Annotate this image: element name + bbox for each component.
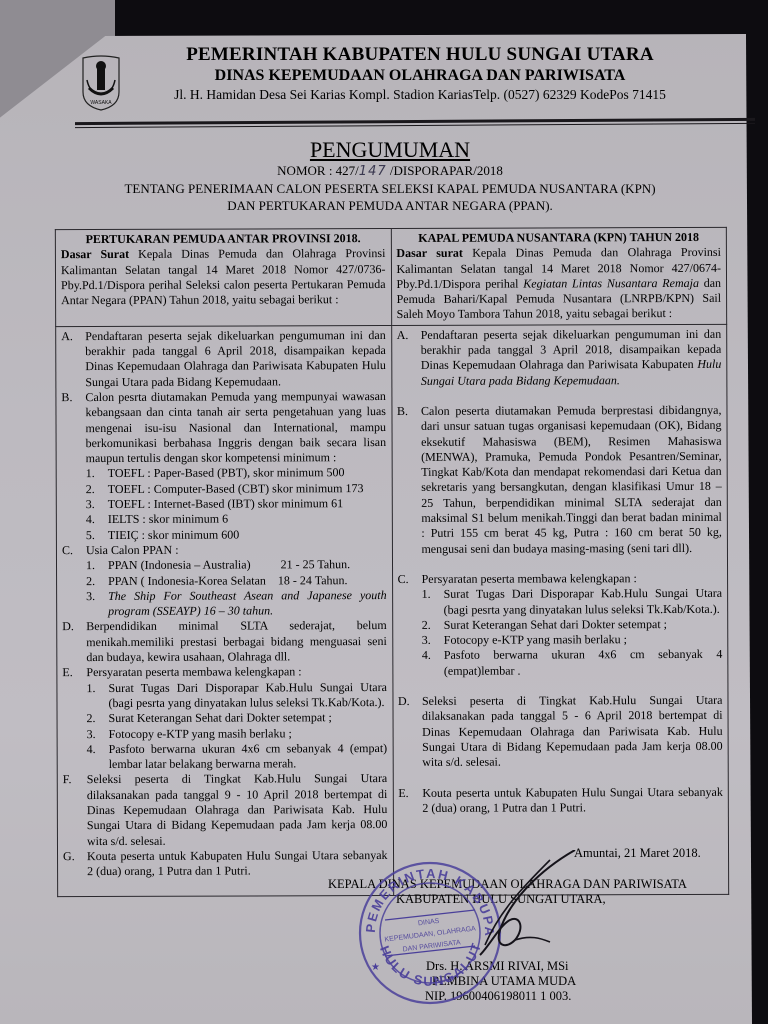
item-label: D.: [398, 694, 422, 771]
sub-label: 2.: [86, 482, 108, 497]
regency-logo-icon: WASAKA: [79, 54, 123, 112]
sub-text: TOEFL : Internet-Based (IBT) skor minimu…: [108, 496, 387, 512]
item-text: Pendaftaran peserta sejak dikeluarkan pe…: [85, 328, 386, 390]
left-item-e: E.Persyaratan peserta membawa kelengkapa…: [62, 664, 387, 680]
item-text: Kouta peserta untuk Kabupaten Hulu Sunga…: [422, 784, 723, 816]
left-e-sub-3: 3.Fotocopy e-KTP yang masih berlaku ;: [87, 726, 388, 742]
left-item-f: F.Seleksi peserta di Tingkat Kab.Hulu Su…: [63, 771, 388, 849]
sub-text: Pasfoto berwarna ukuran 4x6 cm sebanyak …: [109, 741, 388, 773]
left-column-body: A.Pendaftaran peserta sejak dikeluarkan …: [56, 325, 393, 897]
letterhead: PEMERINTAH KABUPATEN HULU SUNGAI UTARA D…: [130, 44, 710, 104]
sub-label: 3.: [86, 589, 108, 620]
sub-label: 4.: [86, 512, 108, 527]
sub-label: 1.: [86, 681, 108, 712]
right-c-sub-1: 1.Surat Tugas Dari Disporapar Kab.Hulu S…: [422, 586, 723, 618]
right-dasar-label: Dasar surat: [396, 246, 463, 260]
sub-label: 4.: [87, 742, 109, 773]
left-item-c: C.Usia Calon PPAN :: [62, 542, 387, 558]
left-item-g: G.Kouta peserta untuk Kabupaten Hulu Sun…: [63, 848, 388, 880]
item-text: Berpendidikan minimal SLTA sederajat, be…: [86, 618, 387, 665]
item-text: Persyaratan peserta membawa kelengkapan …: [86, 664, 387, 680]
item-label: B.: [61, 390, 85, 467]
item-text-normal: Pendaftaran peserta sejak dikeluarkan pe…: [421, 327, 722, 373]
item-text: Calon peserta diutamakan Pemuda berprest…: [421, 403, 722, 557]
item-text: Pendaftaran peserta sejak dikeluarkan pe…: [421, 327, 722, 389]
right-dasar-italic: Kegiatan Lintas Nusantara Remaja: [523, 276, 699, 291]
item-label: A.: [61, 329, 85, 390]
letterhead-office: DINAS KEPEMUDAAN OLAHRAGA DAN PARIWISATA: [130, 66, 710, 86]
right-c-sub-3: 3.Fotocopy e-KTP yang masih berlaku ;: [422, 632, 723, 648]
right-item-c: C.Persyaratan peserta membawa kelengkapa…: [398, 571, 723, 587]
letter-number-prefix: NOMOR : 427/: [277, 163, 359, 178]
announcement-heading: PENGUMUMAN NOMOR : 427/147 /DISPORAPAR/2…: [100, 138, 680, 214]
sub-label: 3.: [86, 497, 108, 512]
sub-text: Surat Tugas Dari Disporapar Kab.Hulu Sun…: [444, 586, 723, 618]
subject-line-1: TENTANG PENERIMAAN CALON PESERTA SELEKSI…: [100, 180, 680, 197]
item-label: D.: [62, 619, 86, 665]
item-text: Persyaratan peserta membawa kelengkapan …: [422, 571, 723, 587]
right-column-header: KAPAL PEMUDA NUSANTARA (KPN) TAHUN 2018 …: [391, 227, 727, 325]
announcement-title: PENGUMUMAN: [100, 138, 680, 162]
right-c-sub-4: 4.Pasfoto berwarna ukuran 4x6 cm sebanya…: [422, 647, 723, 679]
item-text: Seleksi peserta di Tingkat Kab.Hulu Sung…: [87, 771, 388, 849]
sub-text: Surat Keterangan Sehat dari Dokter setem…: [444, 617, 723, 633]
sub-text: Fotocopy e-KTP yang masih berlaku ;: [444, 632, 723, 648]
sub-label: 2.: [422, 618, 444, 633]
item-text: Seleksi peserta di Tingkat Kab.Hulu Sung…: [422, 693, 723, 771]
left-item-d: D.Berpendidikan minimal SLTA sederajat, …: [62, 618, 387, 665]
sub-label: 3.: [87, 726, 109, 741]
sub-text: The Ship For Southeast Asean and Japanes…: [108, 588, 387, 620]
left-b-sub-5: 5.TIEIÇ : skor minimum 600: [86, 527, 387, 543]
left-e-sub-4: 4.Pasfoto berwarna ukuran 4x6 cm sebanya…: [87, 741, 388, 773]
item-label: A.: [397, 328, 421, 389]
left-b-sub-1: 1.TOEFL : Paper-Based (PBT), skor minimu…: [86, 465, 387, 481]
right-item-b: B.Calon peserta diutamakan Pemuda berpre…: [397, 403, 722, 557]
sub-text: Fotocopy e-KTP yang masih berlaku ;: [109, 726, 388, 742]
subject-line-2: DAN PERTUKARAN PEMUDA ANTAR NEGARA (PPAN…: [100, 197, 680, 214]
handwritten-signature-icon: [430, 850, 630, 960]
item-label: C.: [398, 572, 422, 587]
left-item-a: A.Pendaftaran peserta sejak dikeluarkan …: [61, 328, 386, 390]
right-item-a: A.Pendaftaran peserta sejak dikeluarkan …: [397, 327, 722, 389]
announcement-table: PERTUKARAN PEMUDA ANTAR PROVINSI 2018. D…: [55, 227, 729, 898]
left-e-sub-1: 1.Surat Tugas Dari Disporapar Kab.Hulu S…: [86, 680, 387, 712]
right-dasar-surat: Dasar surat Kepala Dinas Pemuda dan Olah…: [396, 245, 721, 323]
sub-text: TIEIÇ : skor minimum 600: [108, 527, 387, 543]
left-dasar-surat: Dasar Surat Kepala Dinas Pemuda dan Olah…: [61, 246, 386, 308]
left-item-b: B.Calon pesrta diutamakan Pemuda yang me…: [61, 389, 386, 467]
item-label: F.: [63, 772, 87, 849]
sub-text: PPAN ( Indonesia-Korea Selatan 18 - 24 T…: [108, 573, 387, 589]
left-column-title: PERTUKARAN PEMUDA ANTAR PROVINSI 2018.: [61, 231, 386, 247]
letter-number-handwritten: 147: [359, 164, 387, 179]
item-text: Calon pesrta diutamakan Pemuda yang memp…: [85, 389, 386, 467]
sub-label: 4.: [422, 648, 444, 679]
sub-label: 1.: [86, 466, 108, 481]
left-b-sub-2: 2.TOEFL : Computer-Based (CBT) skor mini…: [86, 481, 387, 497]
sub-label: 1.: [86, 558, 108, 573]
left-c-sub-1: 1.PPAN (Indonesia – Australia) 21 - 25 T…: [86, 557, 387, 573]
sub-label: 3.: [422, 633, 444, 648]
sub-text: Pasfoto berwarna ukuran 4x6 cm sebanyak …: [444, 647, 723, 679]
sub-text: PPAN (Indonesia – Australia) 21 - 25 Tah…: [108, 557, 387, 573]
sub-label: 5.: [86, 528, 108, 543]
letter-number-suffix: /DISPORAPAR/2018: [387, 163, 503, 178]
left-column-header: PERTUKARAN PEMUDA ANTAR PROVINSI 2018. D…: [55, 229, 391, 327]
letter-number: NOMOR : 427/147 /DISPORAPAR/2018: [100, 162, 680, 180]
sub-text: TOEFL : Computer-Based (CBT) skor minimu…: [108, 481, 387, 497]
left-c-sub-2: 2.PPAN ( Indonesia-Korea Selatan 18 - 24…: [86, 573, 387, 589]
right-column-title: KAPAL PEMUDA NUSANTARA (KPN) TAHUN 2018: [396, 230, 721, 246]
svg-text:★: ★: [371, 962, 380, 973]
left-b-sub-4: 4.IELTS : skor minimum 6: [86, 511, 387, 527]
item-label: E.: [62, 665, 86, 680]
sub-label: 2.: [87, 711, 109, 726]
right-c-sub-2: 2.Surat Keterangan Sehat dari Dokter set…: [422, 617, 723, 633]
right-item-d: D.Seleksi peserta di Tingkat Kab.Hulu Su…: [398, 693, 723, 771]
sub-label: 1.: [422, 587, 444, 618]
letterhead-address: Jl. H. Hamidan Desa Sei Karias Kompl. St…: [130, 86, 710, 104]
left-e-sub-2: 2.Surat Keterangan Sehat dari Dokter set…: [87, 710, 388, 726]
sub-text: Surat Tugas Dari Disporapar Kab.Hulu Sun…: [108, 680, 387, 712]
right-item-e: E.Kouta peserta untuk Kabupaten Hulu Sun…: [398, 784, 723, 816]
item-label: E.: [398, 785, 422, 816]
sub-text: IELTS : skor minimum 6: [108, 511, 387, 527]
letterhead-government: PEMERINTAH KABUPATEN HULU SUNGAI UTARA: [130, 44, 710, 66]
item-label: B.: [397, 404, 422, 557]
svg-text:WASAKA: WASAKA: [90, 100, 112, 106]
item-label: C.: [62, 543, 86, 558]
sub-label: 2.: [86, 574, 108, 589]
sub-text: Surat Keterangan Sehat dari Dokter setem…: [109, 710, 388, 726]
item-text: Usia Calon PPAN :: [86, 542, 387, 558]
left-dasar-label: Dasar Surat: [61, 247, 129, 261]
item-label: G.: [63, 849, 87, 880]
left-b-sub-3: 3.TOEFL : Internet-Based (IBT) skor mini…: [86, 496, 387, 512]
item-text: Kouta peserta untuk Kabupaten Hulu Sunga…: [87, 848, 388, 880]
right-column-body: A.Pendaftaran peserta sejak dikeluarkan …: [391, 324, 728, 896]
left-c-sub-3: 3.The Ship For Southeast Asean and Japan…: [86, 588, 387, 620]
sub-text: TOEFL : Paper-Based (PBT), skor minimum …: [108, 465, 387, 481]
